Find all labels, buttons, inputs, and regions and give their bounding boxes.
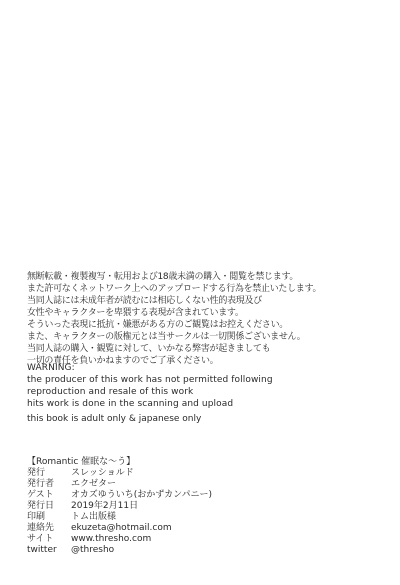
adult-only-notice: this book is adult only & japanese only [27,413,201,425]
warning-line: the producer of this work has not permit… [27,374,273,386]
colophon-row: 発行者 エクゼター [27,479,212,490]
warning-line: hits work is done in the scanning and up… [27,398,273,410]
colophon-row: 連絡先 ekuzeta@hotmail.com [27,523,212,534]
book-title: 【Romantic 催眠な～う】 [27,457,212,468]
colophon-key: ゲスト [27,490,71,501]
website-url: www.thresho.com [71,534,151,545]
colophon-row: 印刷 トム出版様 [27,512,212,523]
notice-line: また許可なくネットワーク上へのアップロードする行為を禁止いたします。 [27,283,321,295]
colophon-row: twitter @thresho [27,545,212,556]
notice-line: 女性やキャラクターを卑猥する表現が含まれています。 [27,307,321,319]
colophon-key: 発行 [27,468,71,479]
english-warning: WARNING: the producer of this work has n… [27,362,273,410]
colophon-key: 印刷 [27,512,71,523]
twitter-handle: @thresho [71,545,114,556]
colophon-row: 発行日 2019年2月11日 [27,501,212,512]
contact-email: ekuzeta@hotmail.com [71,523,172,534]
colophon-key: 連絡先 [27,523,71,534]
colophon-row: 発行 スレッショルド [27,468,212,479]
colophon-value: オカズゆういち(おかずカンパニー) [71,490,212,501]
colophon-value: 2019年2月11日 [71,501,138,512]
warning-heading: WARNING: [27,362,273,374]
colophon-key: 発行者 [27,479,71,490]
notice-line: 当同人誌には未成年者が読むには相応しくない性的表現及び [27,295,321,307]
colophon-key: サイト [27,534,71,545]
colophon: 【Romantic 催眠な～う】 発行 スレッショルド 発行者 エクゼター ゲス… [27,457,212,556]
japanese-notice: 無断転載・複製複写・転用および18歳未満の購入・閲覧を禁じます。 また許可なくネ… [27,271,321,367]
colophon-key: 発行日 [27,501,71,512]
colophon-key: twitter [27,545,71,556]
colophon-row: ゲスト オカズゆういち(おかずカンパニー) [27,490,212,501]
notice-line: 当同人誌の購入・観覧に対して、いかなる弊害が起きましても [27,343,321,355]
colophon-value: エクゼター [71,479,116,490]
notice-line: 無断転載・複製複写・転用および18歳未満の購入・閲覧を禁じます。 [27,271,321,283]
colophon-value: スレッショルド [71,468,134,479]
notice-line: そういった表現に抵抗・嫌悪がある方のご観覧はお控えください。 [27,319,321,331]
colophon-value: トム出版様 [71,512,116,523]
notice-line: また、キャラクターの版権元とは当サークルは一切関係ございません。 [27,331,321,343]
colophon-row: サイト www.thresho.com [27,534,212,545]
warning-line: reproduction and resale of this work [27,386,273,398]
